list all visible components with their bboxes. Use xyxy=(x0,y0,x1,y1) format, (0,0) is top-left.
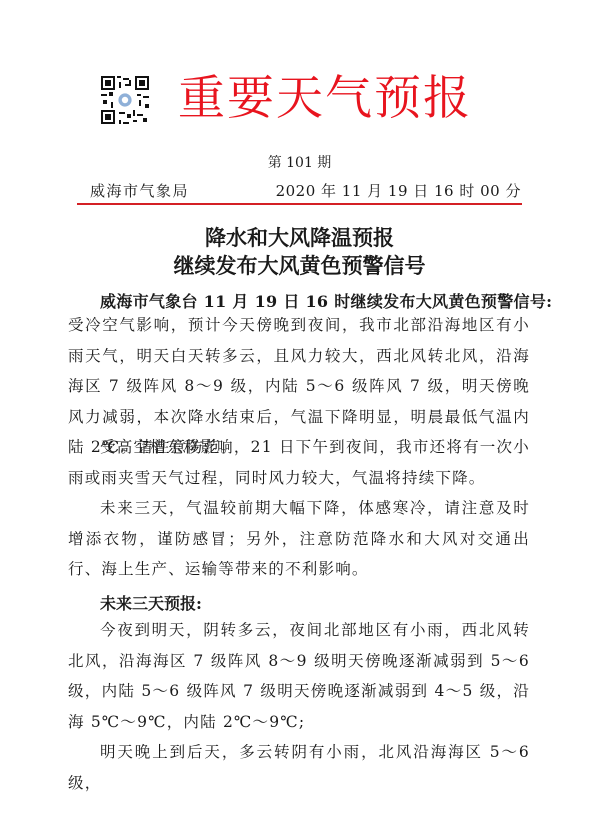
forecast-item-1: 今夜到明天，阴转多云，夜间北部地区有小雨，西北风转北风，沿海海区 7 级阵风 8… xyxy=(68,615,530,737)
qr-code-icon xyxy=(99,74,151,128)
paragraph-3: 未来三天，气温较前期大幅下降，体感寒冷，请注意及时增添衣物，谨防感冒；另外，注意… xyxy=(68,493,530,585)
header-divider xyxy=(77,203,522,205)
paragraph-2: 受高空槽东移影响，21 日下午到夜间，我市还将有一次小雨或雨夹雪天气过程，同时风… xyxy=(68,432,530,493)
issue-datetime: 2020 年 11 月 19 日 16 时 00 分 xyxy=(276,180,521,201)
warning-lead: 威海市气象台 11 月 19 日 16 时继续发布大风黄色预警信号: xyxy=(100,289,552,312)
headline-line-1: 降水和大风降温预报 xyxy=(0,225,599,251)
forecast-item-2: 明天晚上到后天，多云转阴有小雨，北风沿海海区 5～6 级， xyxy=(68,737,530,798)
document-title: 重要天气预报 xyxy=(178,66,472,132)
issue-number: 第 101 期 xyxy=(0,152,599,172)
issuer: 威海市气象局 xyxy=(90,180,189,201)
headline-line-2: 继续发布大风黄色预警信号 xyxy=(0,253,599,279)
forecast-heading: 未来三天预报: xyxy=(100,591,202,614)
